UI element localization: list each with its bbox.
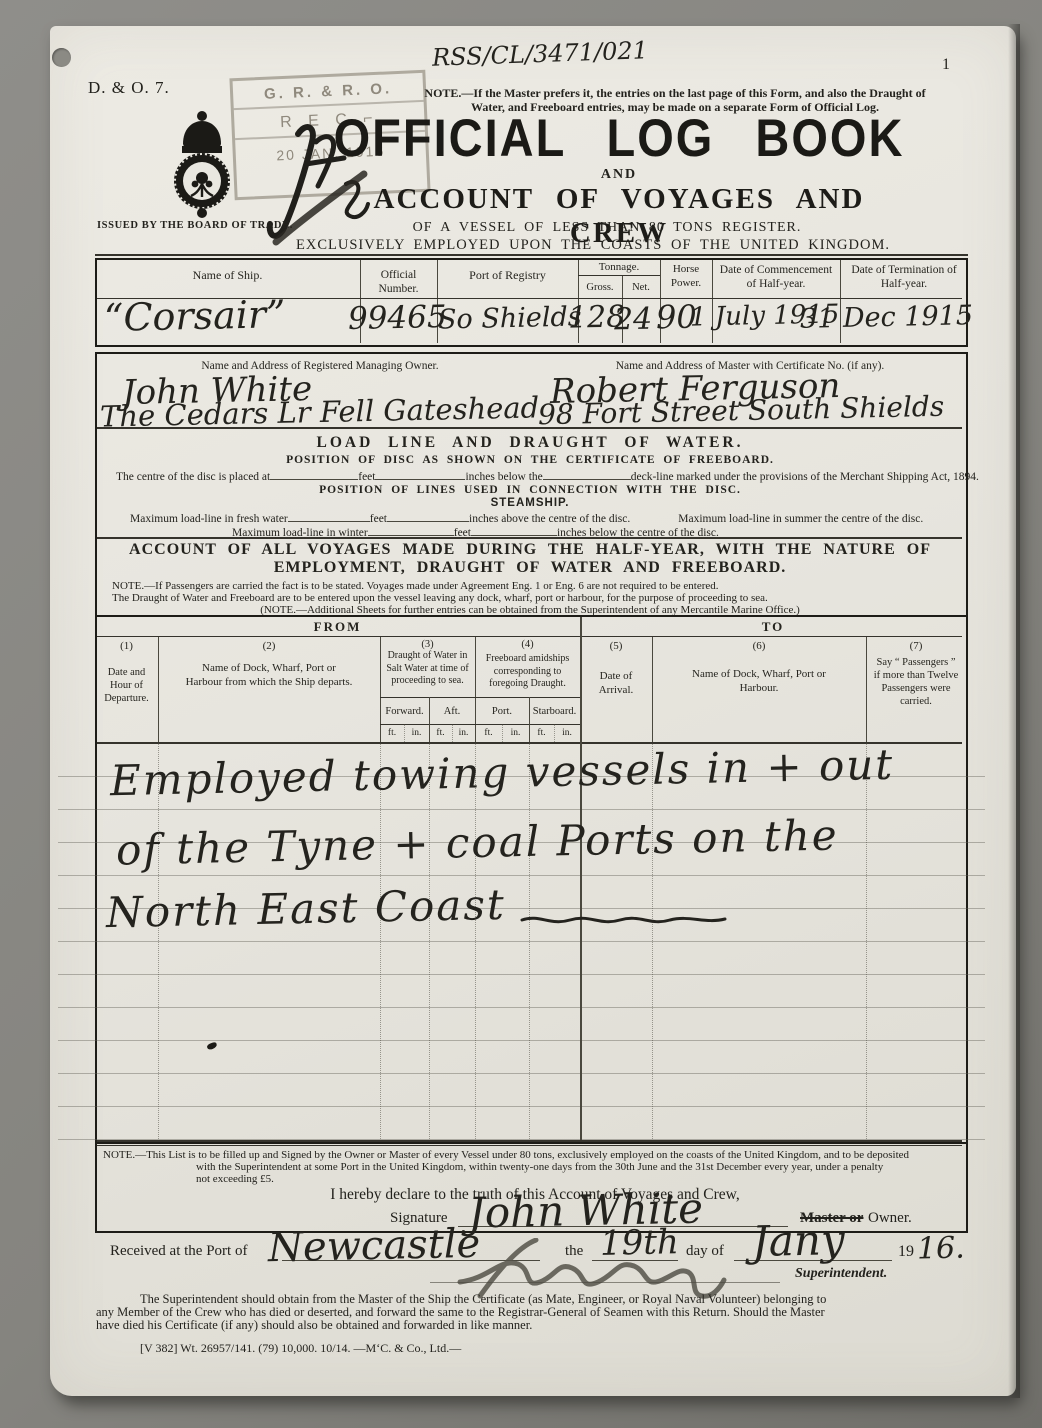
col4-sub-port: Port. [475, 705, 529, 718]
body-divider [529, 743, 530, 1139]
loadline-disc-line: The centre of the disc is placed atfeeti… [116, 468, 979, 484]
note-box-top-rule [97, 1145, 962, 1146]
blank-inches [375, 468, 465, 480]
flourish-line [520, 908, 730, 930]
disc-part-3: deck-line marked under the provisions of… [631, 471, 979, 483]
body-divider [652, 743, 653, 1139]
termination-handwriting: 31 Dec 1915 [800, 302, 974, 333]
col3-sub-forward: Forward. [380, 705, 429, 718]
voyage-entry-line-3: North East Coast [106, 884, 507, 934]
loadline-voyages-separator [97, 537, 962, 539]
printer-imprint: [V 382] Wt. 26957/141. (79) 10,000. 10/1… [140, 1341, 461, 1355]
col1-label: Date and Hour of Departure. [98, 666, 155, 705]
issued-by-label: ISSUED BY THE BOARD OF TRADE. [97, 220, 293, 232]
col2-num: (2) [158, 640, 380, 654]
master-address-handwriting: 98 Fort Street South Shields [538, 393, 945, 430]
col7-label: Say “ Passengers ” if more than Twelve P… [872, 656, 960, 709]
unit-ft: ft. [529, 728, 554, 740]
owner-loadline-separator [97, 427, 962, 429]
col3-label: Draught of Water in Salt Water at time o… [383, 650, 472, 688]
bottom-note-line-3: not exceeding £5. [196, 1173, 274, 1186]
loadline-title: LOAD LINE AND DRAUGHT OF WATER. [230, 434, 830, 452]
ship-name-handwriting: “Corsair” [104, 295, 286, 337]
col-gross: Gross. [578, 281, 622, 294]
received-prefix: Received at the Port of [110, 1243, 247, 1261]
body-divider [866, 743, 867, 1139]
page-right-edge-shadow [1008, 24, 1020, 1398]
port-of-registry-handwriting: So Shields [438, 303, 582, 333]
voyages-heading-1: ACCOUNT OF ALL VOYAGES MADE DURING THE H… [110, 541, 950, 560]
blank-winter-inches [471, 524, 557, 536]
net-tonnage-handwriting: 24 [614, 305, 653, 336]
subtitle-line2: EXCLUSIVELY EMPLOYED UPON THE COASTS OF … [293, 237, 893, 254]
col7-num: (7) [866, 640, 966, 654]
from-to-divider [580, 617, 582, 1140]
owner-label: Owner. [868, 1210, 912, 1228]
col4-num: (4) [475, 638, 580, 651]
voyage-divider [475, 637, 476, 742]
superintendent-label: Superintendent. [795, 1266, 887, 1283]
unit-ft: ft. [429, 728, 452, 740]
ship-table-top-rule [95, 254, 968, 256]
loadline-position-lines: POSITION OF LINES USED IN CONNECTION WIT… [230, 484, 830, 498]
body-divider [429, 743, 430, 1139]
from-header: FROM [95, 619, 580, 635]
col2-label: Name of Dock, Wharf, Port or Harbour fro… [183, 662, 355, 690]
to-header: TO [580, 619, 966, 635]
punch-hole [52, 48, 71, 67]
col-termination: Date of Termination of Half-year. [842, 263, 966, 292]
form-code: D. & O. 7. [88, 78, 170, 98]
unit-in: in. [452, 728, 475, 740]
col-commencement: Date of Commencement of Half-year. [714, 263, 838, 292]
col4-sub-starboard: Starboard. [529, 705, 580, 718]
board-of-trade-crest-icon [163, 108, 241, 220]
bottom-note-line-2: with the Superintendent at some Port in … [196, 1161, 883, 1174]
loadline-position-disc: POSITION OF DISC AS SHOWN ON THE CERTIFI… [230, 454, 830, 468]
archive-reference-handwriting: RSS/CL/3471/021 [432, 38, 649, 70]
col3-sub-aft: Aft. [429, 705, 475, 718]
disc-part-0: The centre of the disc is placed at [116, 471, 270, 483]
col-port-of-registry: Port of Registry [437, 268, 578, 283]
unit-row-rule [380, 724, 580, 725]
scanned-document: RSS/CL/3471/021 1 D. & O. 7. G. R. & R. … [0, 0, 1042, 1428]
sub-header-rule [380, 697, 580, 698]
col5-label: Date of Arrival. [588, 670, 644, 698]
superintendent-note-line-3: have died his Certificate (if any) shoul… [96, 1318, 532, 1333]
col4-label: Freeboard amidships corresponding to for… [478, 653, 577, 691]
col-tonnage: Tonnage. [578, 261, 660, 275]
blank-feet [270, 468, 358, 480]
unit-ft: ft. [380, 728, 404, 740]
month-handwriting: Jany [752, 1219, 846, 1263]
unit-in: in. [404, 728, 429, 740]
body-divider [380, 743, 381, 1139]
blank-deckline [543, 468, 631, 480]
blank-winter-feet [368, 524, 454, 536]
year-handwriting: 16. [917, 1234, 965, 1265]
page-number: 1 [942, 56, 950, 75]
col6-label: Name of Dock, Wharf, Port or Harbour. [672, 668, 846, 696]
col6-num: (6) [652, 640, 866, 654]
year-printed: 19 [898, 1243, 914, 1262]
blank-fresh-inches [387, 510, 469, 522]
tonnage-underline [578, 275, 660, 276]
col-official-number: Official Number. [360, 268, 437, 297]
steamship-label: STEAMSHIP. [230, 497, 830, 511]
body-divider [475, 743, 476, 1139]
unit-in: in. [502, 728, 529, 740]
unit-in: in. [554, 728, 580, 740]
col-net: Net. [622, 281, 660, 294]
main-title: OFFICIAL LOG BOOK [329, 107, 909, 169]
voyages-heading-2: EMPLOYMENT, DRAUGHT OF WATER AND FREEBOA… [110, 559, 950, 578]
official-number-handwriting: 99465 [348, 302, 447, 335]
subtitle-line1: OF A VESSEL OF LESS THAN 80 TONS REGISTE… [307, 220, 907, 237]
col-horse-power: Horse Power. [661, 263, 711, 291]
table-bottom-rule [97, 1140, 962, 1142]
col-name-of-ship: Name of Ship. [95, 268, 360, 283]
voyage-divider [380, 637, 381, 742]
band-bottom-rule [97, 636, 962, 637]
blank-fresh-feet [288, 510, 370, 522]
disc-part-1: feet [358, 471, 375, 483]
ruled-lines [58, 744, 985, 1141]
superintendent-line [430, 1282, 780, 1283]
col5-num: (5) [580, 640, 652, 654]
unit-ft: ft. [475, 728, 502, 740]
disc-part-2: inches below the [465, 471, 542, 483]
col1-num: (1) [95, 640, 158, 654]
